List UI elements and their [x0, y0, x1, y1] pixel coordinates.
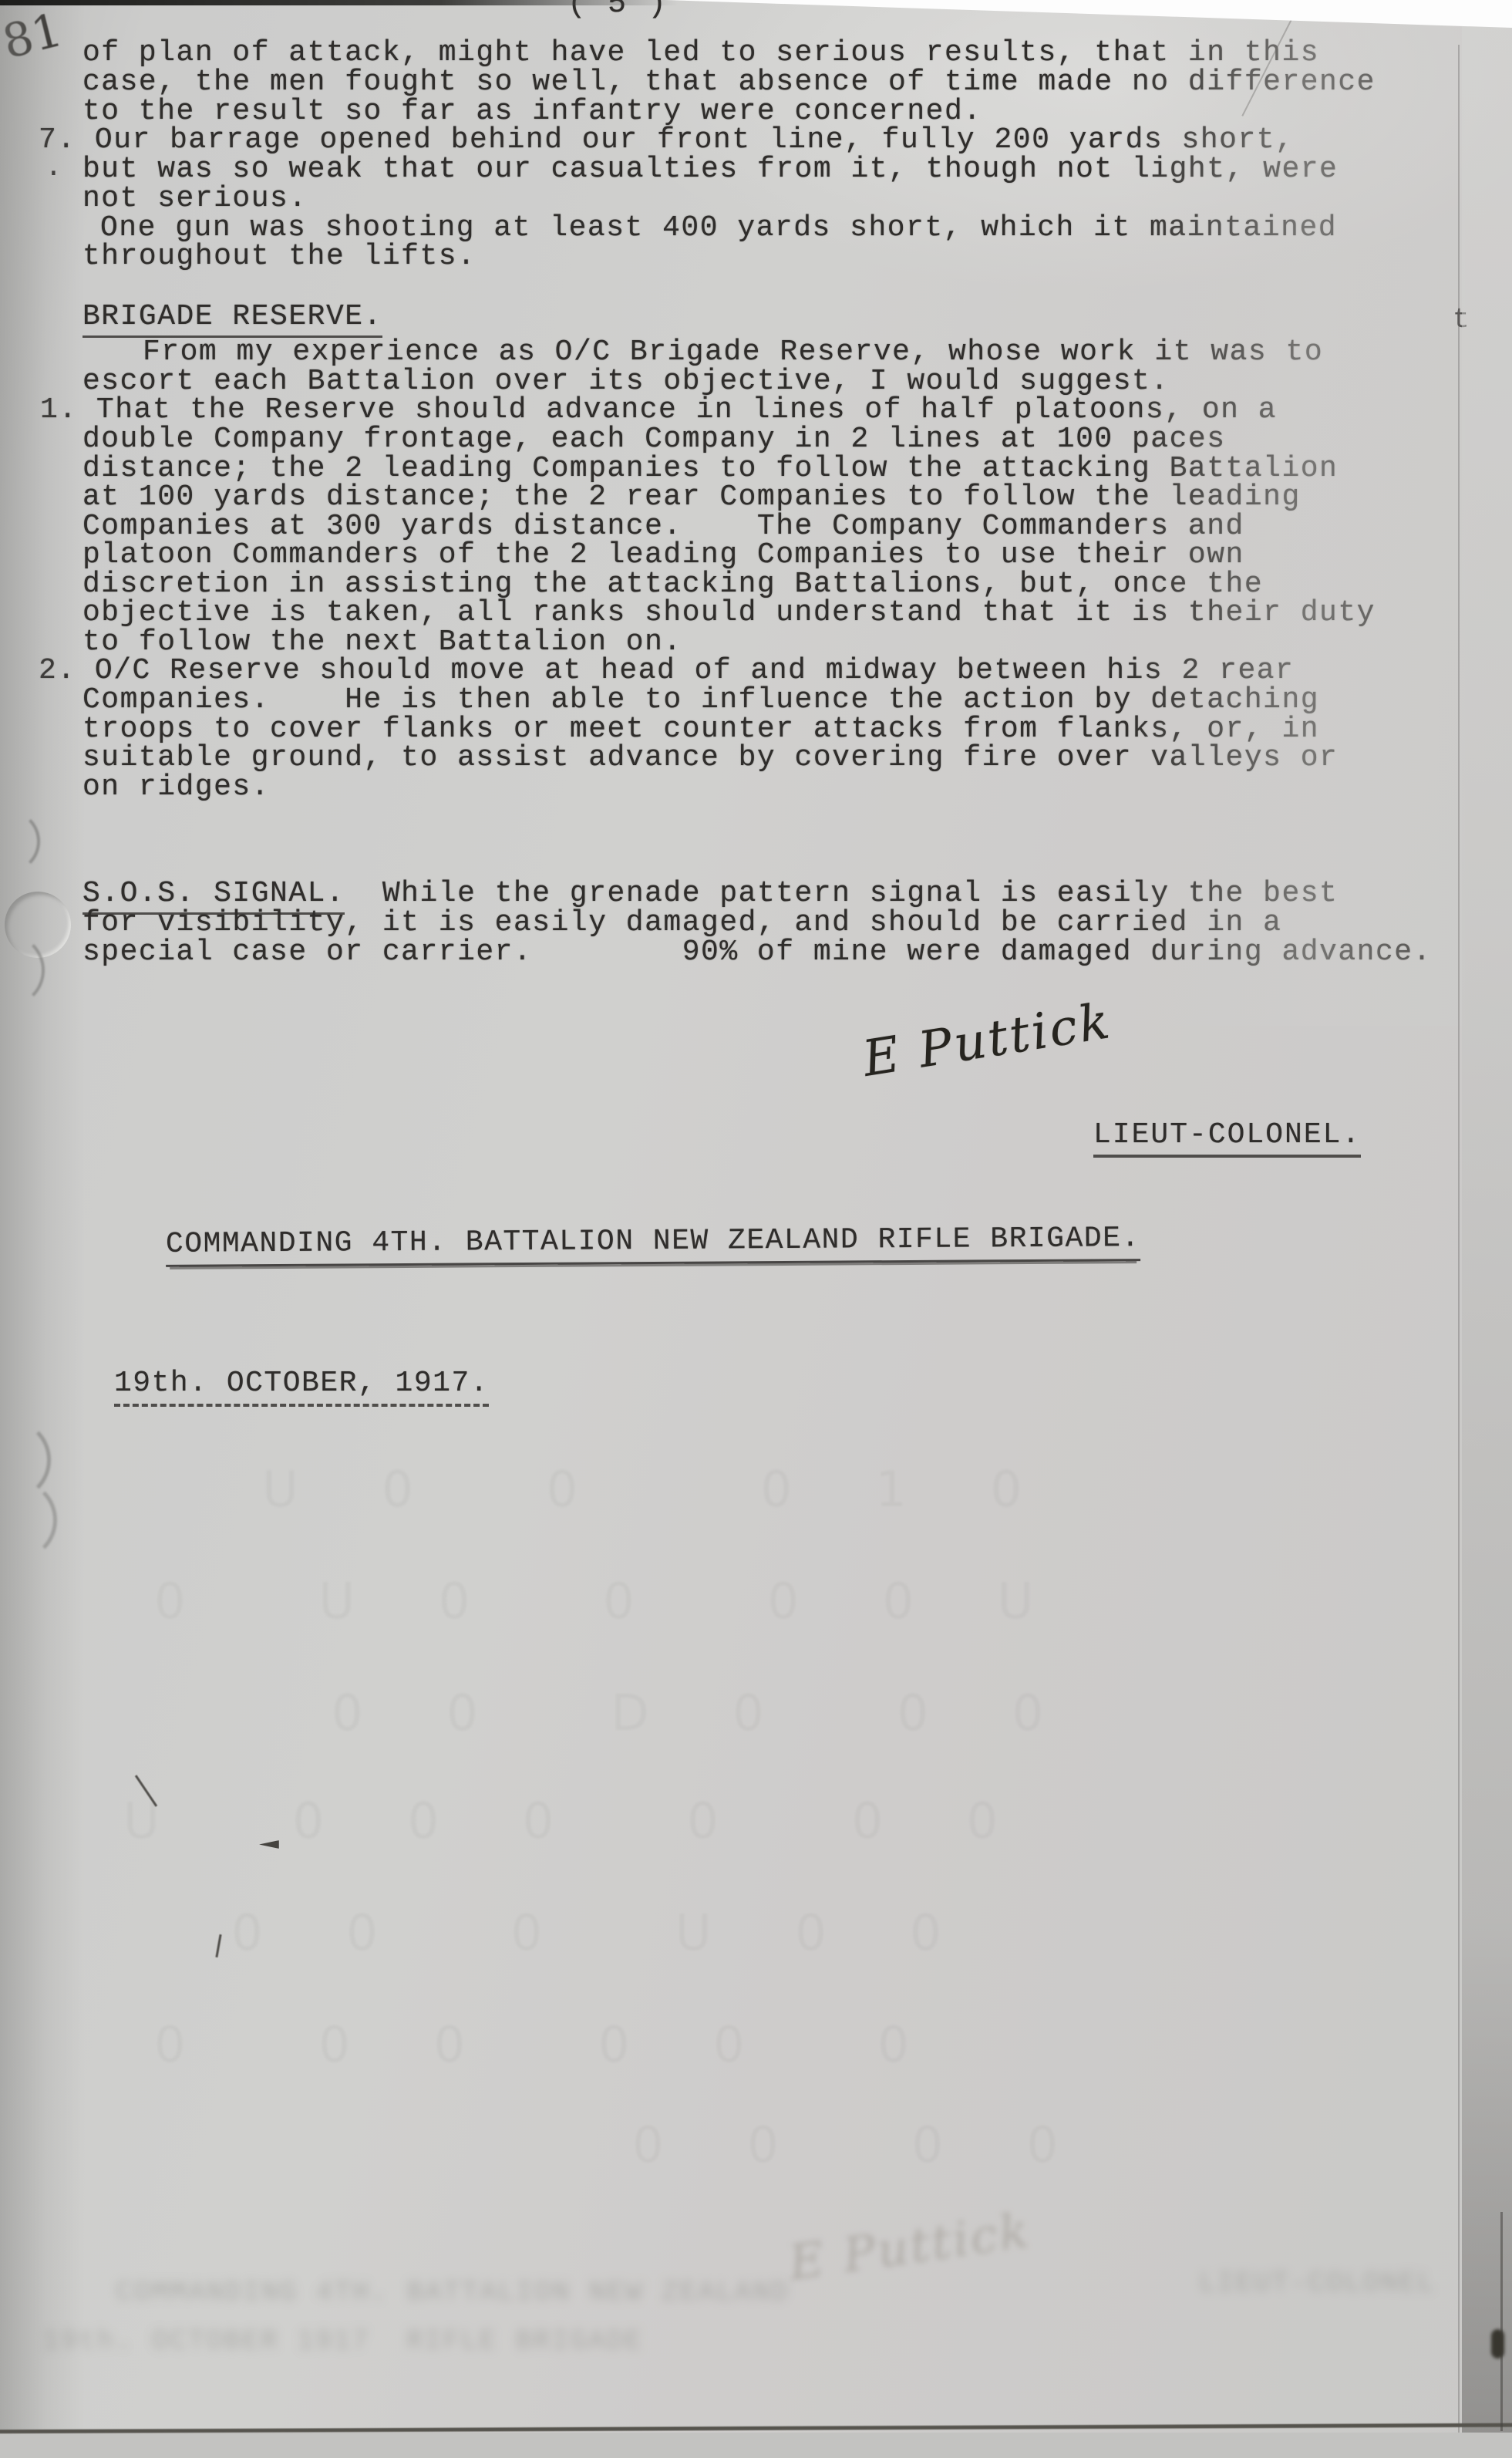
date-line: 19th. OCTOBER, 1917.: [114, 1367, 489, 1407]
typed-line: to the result so far as infantry were co…: [83, 97, 982, 126]
typed-line: throughout the lifts.: [83, 242, 476, 271]
typed-line: to follow the next Battalion on.: [83, 628, 682, 657]
typed-line: S.O.S. SIGNAL. While the grenade pattern…: [83, 879, 1338, 909]
typed-line: on ridges.: [83, 773, 270, 802]
typed-line: 1. That the Reserve should advance in li…: [40, 396, 1277, 425]
typed-line: objective is taken, all ranks should und…: [83, 598, 1376, 628]
typed-line: troops to cover flanks or meet counter a…: [83, 715, 1319, 744]
left-edge-shadow: [0, 0, 85, 2458]
typed-line: suitable ground, to assist advance by co…: [83, 743, 1338, 773]
typed-line: at 100 yards distance; the 2 rear Compan…: [83, 483, 1301, 512]
typed-line: platoon Commanders of the 2 leading Comp…: [83, 541, 1244, 570]
typed-line: special case or carrier. 90% of mine wer…: [83, 938, 1432, 967]
command-line: COMMANDING 4TH. BATTALION NEW ZEALAND RI…: [166, 1222, 1140, 1267]
typed-line: escort each Battalion over its objective…: [83, 367, 1170, 396]
rank-line: LIEUT-COLONEL.: [1093, 1118, 1361, 1158]
typed-line: One gun was shooting at least 400 yards …: [100, 214, 1337, 243]
typed-line: Companies at 300 yards distance. The Com…: [83, 512, 1244, 541]
vertical-crease: [1458, 45, 1460, 2458]
right-edge-shadow: [1462, 0, 1512, 2458]
typed-line: discretion in assisting the attacking Ba…: [83, 570, 1263, 599]
typed-line: BRIGADE RESERVE.: [83, 302, 382, 332]
typed-line: but was so weak that our casualties from…: [83, 155, 1338, 184]
typed-line: From my experience as O/C Brigade Reserv…: [143, 338, 1323, 367]
typed-line: 7. Our barrage opened behind our front l…: [39, 126, 1294, 155]
typed-line: 2. O/C Reserve should move at head of an…: [39, 656, 1294, 686]
typed-line: Companies. He is then able to influence …: [83, 686, 1319, 715]
typed-line: for visibility, it is easily damaged, an…: [83, 909, 1281, 938]
scanned-document-page: E Puttick U 0 0 0 1 00 U 0 0 0 0 U0 0 D …: [0, 0, 1512, 2458]
typed-line: of plan of attack, might have led to ser…: [83, 39, 1319, 68]
typed-line: case, the men fought so well, that absen…: [83, 68, 1376, 97]
scan-bottom-strip: [0, 2433, 1512, 2458]
typed-line: double Company frontage, each Company in…: [83, 425, 1226, 454]
typed-line: not serious.: [83, 184, 308, 214]
scan-top-edge: [0, 0, 679, 5]
bottom-right-edge-line: [1500, 2212, 1503, 2431]
bottom-right-dark-spot: [1491, 2329, 1504, 2359]
typed-line: distance; the 2 leading Companies to fol…: [83, 454, 1338, 484]
